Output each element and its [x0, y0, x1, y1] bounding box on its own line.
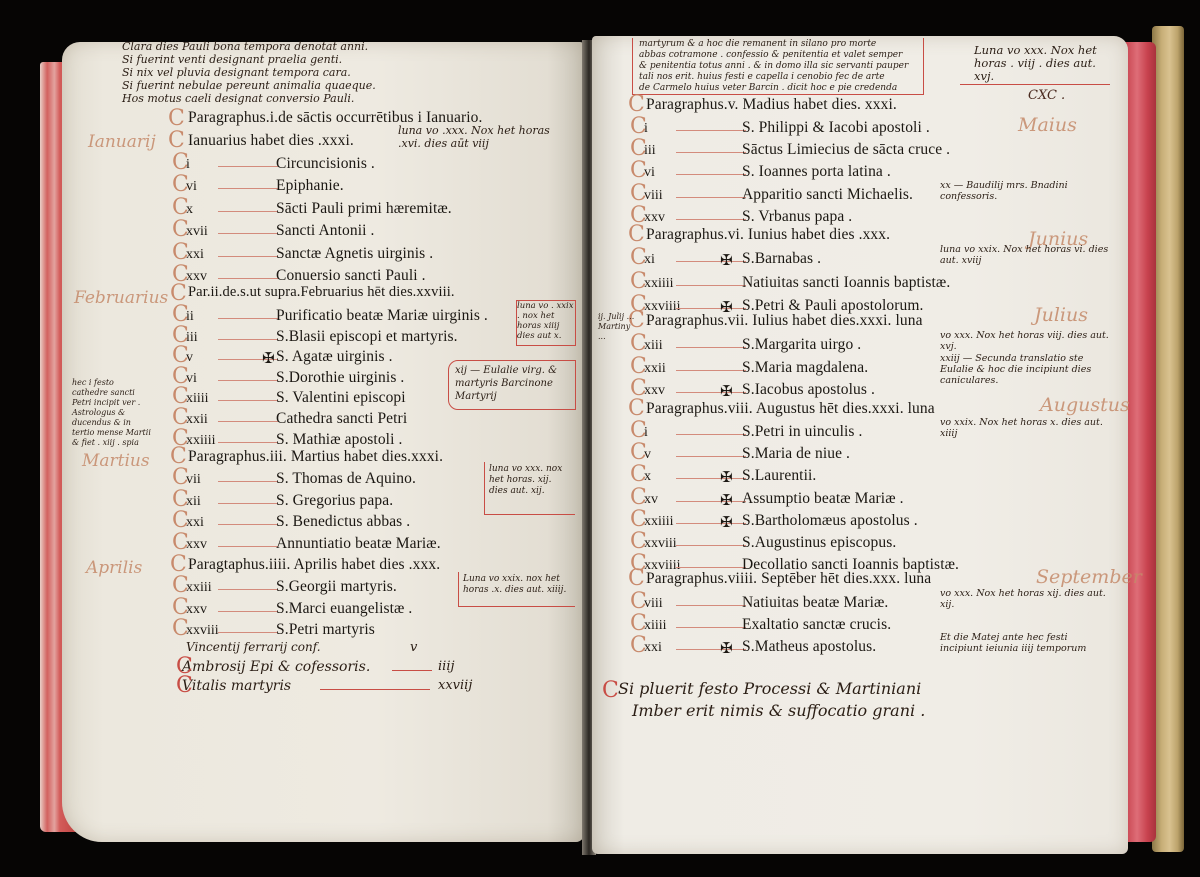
- month-header: Paragraphus.v. Madius habet dies. xxxi.: [646, 96, 897, 114]
- feast-name: S. Thomas de Aquino.: [276, 470, 416, 488]
- leader-line: [676, 456, 746, 457]
- leader-line: [676, 261, 746, 262]
- top-verse: Clara dies Pauli bona tempora denotat an…: [122, 40, 376, 105]
- cross-icon: ✠: [720, 491, 733, 509]
- leader-line: [218, 632, 278, 633]
- feast-day: xiii: [644, 338, 663, 354]
- leader-line: [218, 188, 278, 189]
- month-header-january: Ianuarius habet dies .xxxi.: [188, 132, 354, 150]
- leader-line: [218, 611, 278, 612]
- note-line: & penitentia totus anni . & in domo illa…: [639, 61, 917, 72]
- feast-name: S. Agatæ uirginis .: [276, 348, 393, 366]
- feast-day: xxiiii: [644, 276, 674, 292]
- feast-name: S.Petri martyris: [276, 621, 375, 639]
- leader-line: [676, 308, 746, 309]
- feast-name: Cathedra sancti Petri: [276, 410, 407, 428]
- margin-note-cathedra: hec i festo cathedre sancti Petri incipi…: [72, 378, 152, 448]
- feast-day: i: [644, 121, 648, 137]
- feast-name: Annuntiatio beatæ Mariæ.: [276, 535, 441, 553]
- verse-line: Si fuerint nebulae pereunt animalia quae…: [122, 79, 376, 92]
- feast-day: xxiiii: [186, 433, 216, 449]
- leader-line: [218, 589, 278, 590]
- handwritten-note: vo xxx. Nox het horas viij. dies aut. xv…: [940, 330, 1110, 352]
- month-header: Paragraphus.vi. Iunius habet dies .xxx.: [646, 226, 890, 244]
- leader-line: [676, 605, 746, 606]
- note-line: martyrum & a hoc die remanent in silano …: [639, 39, 917, 50]
- feast-name: S.Barnabas .: [742, 250, 821, 268]
- leader-line: [676, 370, 746, 371]
- feast-name: Conuersio sancti Pauli .: [276, 267, 426, 285]
- month-header-february: Par.ii.de.s.ut supra.Februarius hēt dies…: [188, 284, 455, 301]
- feast-day: xxiii: [186, 580, 212, 596]
- leader-line: [218, 380, 278, 381]
- feast-day: vi: [186, 179, 197, 195]
- feast-day: v: [644, 447, 651, 463]
- note-line: abbas cotramone . confessio & penitentia…: [639, 50, 917, 61]
- handwritten-note: vo xxx. Nox het horas xij. dies aut. xij…: [940, 588, 1110, 610]
- feast-name: S.Georgii martyris.: [276, 578, 397, 596]
- feast-day: iii: [644, 143, 656, 159]
- month-label-may: Maius: [1018, 114, 1077, 136]
- leader-line: [218, 256, 278, 257]
- pilcrow-mark-red: C: [176, 675, 193, 697]
- leader-line: [218, 233, 278, 234]
- leader-line: [676, 285, 746, 286]
- feast-day: vii: [186, 472, 201, 488]
- month-label: Augustus: [1040, 394, 1130, 416]
- feast-day: xxv: [186, 602, 207, 618]
- handwritten-note: vo xxix. Nox het horas x. dies aut. xiii…: [940, 417, 1110, 439]
- lunar-note-box-february: luna vo . xxix . nox het horas xiiij die…: [516, 300, 576, 346]
- month-header: Paragraphus.vii. Iulius habet dies.xxxi.…: [646, 312, 923, 330]
- feast-day: vi: [644, 165, 655, 181]
- leader-line: [218, 278, 278, 279]
- handwritten-entry: Ambrosij Epi & cofessoris.: [182, 659, 370, 675]
- feast-name: S.Margarita uirgo .: [742, 336, 861, 354]
- feast-name: S.Petri in uinculis .: [742, 423, 863, 441]
- handwritten-day: v: [410, 640, 417, 655]
- month-label-january: Ianuarij: [88, 132, 156, 152]
- leader-line: [218, 524, 278, 525]
- feast-day: xxv: [186, 269, 207, 285]
- leader-line: [676, 523, 746, 524]
- cross-icon: ✠: [720, 639, 733, 657]
- leader-line: [676, 501, 746, 502]
- feast-day: xv: [644, 492, 658, 508]
- leader-line: [676, 392, 746, 393]
- handwritten-day: xxviij: [438, 678, 472, 693]
- feast-name: S. Vrbanus papa .: [742, 208, 852, 226]
- leader-line: [218, 339, 278, 340]
- leader-line: [676, 219, 746, 220]
- leader-line: [676, 478, 746, 479]
- feast-name: S. Mathiæ apostoli .: [276, 431, 402, 449]
- lunar-note-box-april: Luna vo xxix. nox het horas .x. dies aut…: [458, 572, 575, 607]
- margin-note-july: ij. Julij ... Martiny ...: [598, 312, 638, 342]
- folio-number: CXC .: [1028, 88, 1065, 103]
- pilcrow-mark: C: [628, 568, 645, 590]
- feast-name: Natiuitas sancti Ioannis baptistæ.: [742, 274, 950, 292]
- month-label-march: Martius: [82, 451, 150, 471]
- cross-icon: ✠: [720, 513, 733, 531]
- rule-line: [960, 84, 1110, 85]
- feast-name: S.Blasii episcopi et martyris.: [276, 328, 458, 346]
- feast-name: Circuncisionis .: [276, 155, 375, 173]
- feast-day: xxi: [186, 247, 204, 263]
- verse-line: Hos motus caeli designat conversio Pauli…: [122, 92, 376, 105]
- cross-icon: ✠: [720, 251, 733, 269]
- leader-line: [676, 174, 746, 175]
- leader-line: [218, 400, 278, 401]
- feast-name: S.Maria de niue .: [742, 445, 850, 463]
- leader-line: [218, 166, 278, 167]
- verse-line: Imber erit nimis & suffocatio grani .: [618, 700, 925, 722]
- feast-name: S.Laurentii.: [742, 467, 816, 485]
- feast-name: Purificatio beatæ Mariæ uirginis .: [276, 307, 488, 325]
- top-note-box: martyrum & a hoc die remanent in silano …: [632, 38, 924, 95]
- feast-name: S.Maria magdalena.: [742, 359, 868, 377]
- open-book: Clara dies Pauli bona tempora denotat an…: [0, 0, 1200, 877]
- feast-day: x: [644, 469, 651, 485]
- verse-line: Si nix vel pluvia designant tempora cara…: [122, 66, 376, 79]
- feast-name: S. Benedictus abbas .: [276, 513, 410, 531]
- feast-day: viii: [644, 596, 663, 612]
- leader-line: [676, 545, 746, 546]
- leader-line: [218, 481, 278, 482]
- leader-line: [676, 197, 746, 198]
- feast-day: xxviii: [644, 536, 677, 552]
- feast-day: xxi: [186, 515, 204, 531]
- note-line: de Carmelo huius veter Barcin . dicit ho…: [639, 83, 917, 94]
- leader-line: [320, 689, 430, 690]
- handwritten-entry: Vincentij ferrarij conf.: [186, 640, 321, 654]
- feast-name: S. Philippi & Iacobi apostoli .: [742, 119, 930, 137]
- feast-day: xi: [644, 252, 655, 268]
- pilcrow-mark: C: [628, 398, 645, 420]
- feast-name: S.Iacobus apostolus .: [742, 381, 875, 399]
- cross-icon: ✠: [720, 468, 733, 486]
- feast-name: S.Marci euangelistæ .: [276, 600, 412, 618]
- feast-day: xxviii: [186, 623, 219, 639]
- feast-name: Sāctus Limiecius de sācta cruce .: [742, 141, 950, 159]
- feast-name: Epiphanie.: [276, 177, 344, 195]
- book-cover-edge: [1152, 26, 1184, 852]
- lunar-note-box-march: luna vo xxx. nox het horas. xij. dies au…: [484, 462, 575, 515]
- feast-day: xxii: [644, 361, 666, 377]
- leader-line: [218, 211, 278, 212]
- month-label: Julius: [1034, 304, 1088, 326]
- pilcrow-mark-red: C: [602, 680, 619, 702]
- month-label-april: Aprilis: [86, 558, 142, 578]
- leader-line: [676, 130, 746, 131]
- handwritten-note: xxiij — Secunda translatio ste Eulalie &…: [940, 353, 1110, 386]
- handwritten-note: xx — Baudilij mrs. Bnadini confessoris.: [940, 180, 1110, 202]
- feast-name: Apparitio sancti Michaelis.: [742, 186, 913, 204]
- feast-day: xxii: [186, 412, 208, 428]
- feast-name: Sancti Antonii .: [276, 222, 374, 240]
- feast-name: S.Matheus apostolus.: [742, 638, 876, 656]
- feast-day: i: [644, 425, 648, 441]
- cross-icon: ✠: [720, 382, 733, 400]
- month-header-april: Paragtaphus.iiii. Aprilis habet dies .xx…: [188, 556, 440, 574]
- feast-day: xxi: [644, 640, 662, 656]
- lunar-note-january: luna vo .xxx. Nox het horas .xvi. dies a…: [398, 124, 558, 150]
- feast-day: xxv: [186, 537, 207, 553]
- feast-day: xiiii: [644, 618, 667, 634]
- feast-day: xxiiii: [644, 514, 674, 530]
- month-label: September: [1036, 566, 1142, 588]
- verse-line: Si fuerint venti designant praelia genti…: [122, 53, 376, 66]
- leader-line: [676, 434, 746, 435]
- feast-name: Exaltatio sanctæ crucis.: [742, 616, 891, 634]
- feast-name: S. Ioannes porta latina .: [742, 163, 891, 181]
- handwritten-note: luna vo xxix. Nox het horas vi. dies aut…: [940, 244, 1110, 266]
- pilcrow-mark: C: [168, 108, 185, 130]
- eulalia-note-box: xij — Eulalie virg. & martyris Barcinone…: [448, 360, 576, 410]
- feast-name: Assumptio beatæ Mariæ .: [742, 490, 904, 508]
- month-label-february: Februarius: [74, 288, 168, 308]
- feast-name: Sācti Pauli primi hæremitæ.: [276, 200, 452, 218]
- leader-line: [676, 152, 746, 153]
- leader-line: [676, 567, 746, 568]
- leader-line: [676, 347, 746, 348]
- feast-day: xvii: [186, 224, 208, 240]
- month-header: Paragraphus.viiii. Septēber hēt dies.xxx…: [646, 570, 931, 588]
- leader-line: [676, 649, 746, 650]
- month-header: Paragraphus.viii. Augustus hēt dies.xxxi…: [646, 400, 935, 418]
- leader-line: [218, 503, 278, 504]
- handwritten-note: Et die Matej ante hec festi incipiunt ie…: [940, 632, 1110, 654]
- leader-line: [676, 627, 746, 628]
- leader-line: [218, 442, 278, 443]
- feast-name: S. Valentini episcopi: [276, 389, 406, 407]
- handwritten-day: iiij: [438, 659, 455, 674]
- leader-line: [392, 670, 432, 671]
- feast-day: viii: [644, 188, 663, 204]
- month-header-march: Paragraphus.iii. Martius habet dies.xxxi…: [188, 448, 443, 466]
- corner-lunar-note: Luna vo xxx. Nox het horas . viij . dies…: [974, 44, 1112, 83]
- handwritten-entry: Vitalis martyris: [182, 678, 291, 694]
- feast-name: Natiuitas beatæ Mariæ.: [742, 594, 888, 612]
- feast-day: xxv: [644, 210, 665, 226]
- cross-icon: ✠: [262, 349, 275, 367]
- feast-day: x: [186, 202, 193, 218]
- feast-name: S.Dorothie uirginis .: [276, 369, 404, 387]
- feast-name: S. Gregorius papa.: [276, 492, 393, 510]
- feast-name: S.Bartholomæus apostolus .: [742, 512, 918, 530]
- pilcrow-mark: C: [168, 130, 185, 152]
- leader-line: [218, 421, 278, 422]
- pilcrow-mark: C: [628, 224, 645, 246]
- feast-day: xiiii: [186, 391, 209, 407]
- verse-line: Clara dies Pauli bona tempora denotat an…: [122, 40, 376, 53]
- leader-line: [218, 318, 278, 319]
- note-line: tali nos erit. huius festi e capella i c…: [639, 72, 917, 83]
- pilcrow-mark: C: [628, 94, 645, 116]
- feast-name: Sanctæ Agnetis uirginis .: [276, 245, 433, 263]
- feast-day: xxv: [644, 383, 665, 399]
- feast-day: i: [186, 157, 190, 173]
- verse-line: Si pluerit festo Processi & Martiniani: [618, 678, 925, 700]
- bottom-verse: Si pluerit festo Processi & Martiniani I…: [618, 678, 925, 722]
- feast-name: S.Augustinus episcopus.: [742, 534, 896, 552]
- leader-line: [218, 546, 278, 547]
